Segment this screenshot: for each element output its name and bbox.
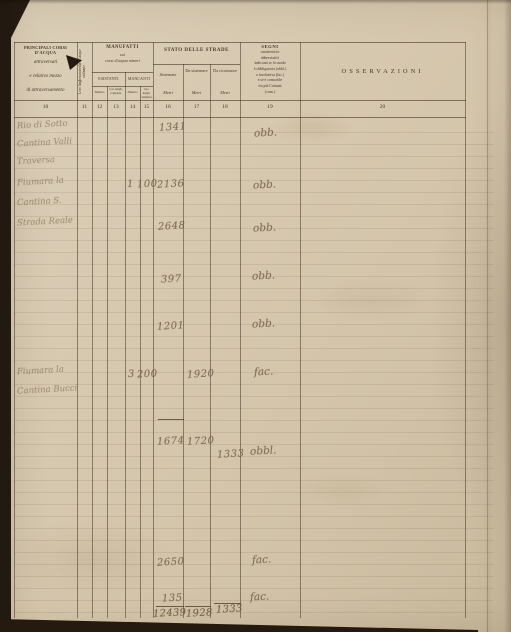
col20-number: 20 — [300, 104, 465, 110]
manufatti-line2: sui — [92, 52, 153, 57]
col19-20-divider — [300, 42, 301, 618]
stato-title: STATO DELLE STRADE — [153, 48, 240, 54]
handwritten-sistemate: 2648 — [158, 220, 186, 232]
handwritten-total-da-sistemare: 1928 — [186, 607, 213, 619]
handwritten-sistemate: 397 — [161, 273, 182, 285]
handwritten-total-da-ricostruire: 1333 — [216, 603, 243, 615]
handwritten-segno: obb. — [253, 178, 277, 191]
osservazioni-title: OSSERVAZIONI — [300, 68, 465, 76]
col14-numero-label: Numero — [125, 91, 140, 95]
col11-12-divider — [92, 42, 93, 618]
col16-label: Sistemate — [153, 72, 183, 77]
col15-16-divider — [153, 42, 154, 618]
handwritten-sistemate: 135 — [162, 592, 183, 604]
col13-14-divider — [125, 72, 126, 618]
table-border-right — [465, 42, 466, 618]
col11-number: 11 — [77, 104, 92, 110]
handwritten-sistemate: 1341 — [159, 121, 187, 133]
col19-line: (cons.) — [240, 90, 300, 96]
col19-number: 19 — [240, 104, 300, 110]
header-bottom-line — [14, 117, 466, 118]
col12-13-divider — [107, 86, 108, 618]
handwritten-segno: obb. — [253, 221, 277, 234]
handwritten-mancanti-lunghezza: 100 — [137, 178, 158, 190]
col10-line3: e relativo mezzo — [14, 74, 77, 80]
handwritten-segno: fac. — [250, 591, 270, 604]
col17-18-divider — [210, 64, 211, 618]
col17-label: Da sistemare — [183, 68, 210, 73]
manufatti-title: MANUFATTI — [92, 45, 153, 51]
handwritten-sistemate: 2136 — [157, 178, 185, 190]
col16-17-divider — [183, 64, 184, 618]
handwritten-sistemate: 1201 — [157, 320, 185, 332]
column-number-row-line — [14, 100, 466, 101]
stato-title-underline — [153, 64, 240, 65]
manufatti-line3: corsi d'acqua minori — [92, 58, 153, 63]
handwritten-da-ricostruire: 1333 — [217, 448, 245, 460]
col14-number: 14 — [125, 104, 140, 110]
col10-line2: attraversati — [14, 60, 77, 66]
col18-number: 18 — [210, 104, 240, 110]
handwritten-sistemate: 1674 — [157, 435, 185, 447]
col10-11-divider — [77, 42, 78, 618]
table-border-left — [14, 42, 15, 618]
col18-unit: Metri — [210, 90, 240, 95]
handwritten-sistemate: 2650 — [157, 556, 185, 568]
col10-number: 10 — [14, 104, 77, 110]
col12-number: 12 — [92, 104, 107, 110]
col11-label: Loro larghezza media ad acque ordinarie — [78, 44, 91, 99]
col13-number: 13 — [107, 104, 125, 110]
col18-label: Da ricostruire — [210, 68, 240, 73]
handwritten-da-sistemare: 1920 — [187, 368, 215, 380]
col13-lunghezza-label: loro lungh. compless. — [107, 88, 125, 96]
handwritten-name: Traversa — [17, 155, 56, 167]
top-edge-shadow — [0, 0, 511, 4]
handwritten-segno: fac. — [252, 554, 272, 567]
col19-line-segni: SEGNI — [240, 44, 300, 49]
col10-title: PRINCIPALI CORSI D'ACQUA — [14, 45, 77, 56]
subtotal-line-sistemate — [158, 419, 184, 420]
right-edge-shadow — [504, 0, 511, 632]
table-border-top — [14, 42, 466, 43]
handwritten-mancanti-lunghezza: 200 — [137, 368, 158, 380]
col17-number: 17 — [183, 104, 210, 110]
col15-lunghezza-label: loro lungh. compless. — [140, 88, 153, 99]
col16-unit: Metri — [153, 90, 183, 95]
handwritten-mancanti-numero: 3 — [128, 369, 135, 380]
col16-number: 16 — [153, 104, 183, 110]
esistenti-label: ESISTENTI — [92, 77, 125, 82]
handwritten-mancanti-numero: 1 — [127, 179, 134, 190]
col19-header: SEGNI caratteristici abbreviativi indica… — [240, 44, 300, 96]
col15-number: 15 — [140, 104, 153, 110]
manufatti-title-underline — [92, 72, 153, 73]
page-fold-crease — [487, 0, 488, 632]
handwritten-segno: obb. — [252, 269, 276, 282]
col14-15-divider — [140, 86, 141, 618]
col10-line4: di attraversamento — [14, 88, 77, 94]
handwritten-segno: fac. — [254, 366, 274, 379]
handwritten-da-sistemare: 1720 — [187, 435, 215, 447]
col17-unit: Metri — [183, 90, 210, 95]
photographed-ledger-page: PRINCIPALI CORSI D'ACQUA attraversati e … — [0, 0, 511, 632]
mancanti-label: MANCANTI — [125, 77, 153, 82]
handwritten-total-sistemate: 12439 — [153, 607, 187, 620]
handwritten-segno: obb. — [252, 317, 276, 330]
col18-19-divider — [240, 42, 241, 618]
col12-numero-label: Numero — [92, 91, 107, 95]
handwritten-segno: obbl. — [250, 444, 277, 457]
handwritten-segno: obb. — [254, 126, 278, 139]
